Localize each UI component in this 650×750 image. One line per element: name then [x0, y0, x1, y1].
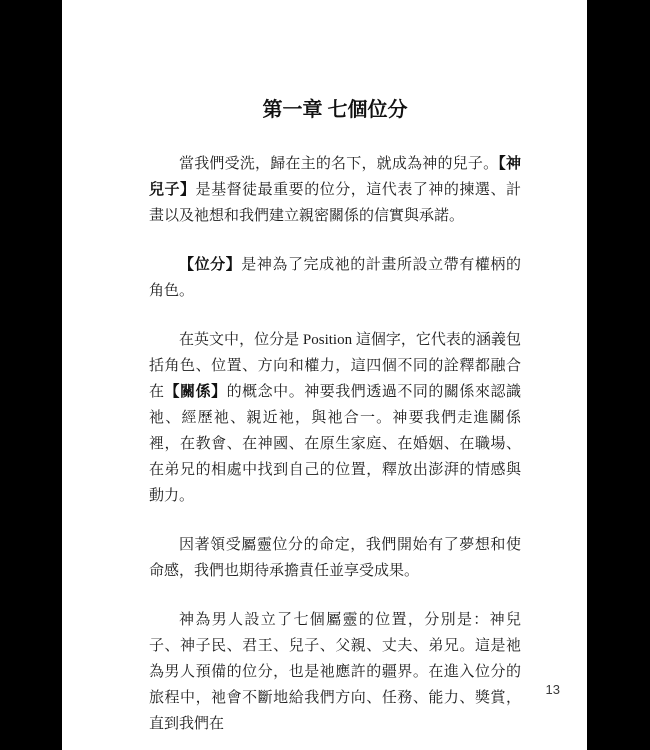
- page-number: 13: [546, 682, 560, 698]
- paragraph: 【位分】是神為了完成祂的計畫所設立帶有權柄的角色。: [149, 252, 521, 304]
- paragraph: 因著領受屬靈位分的命定，我們開始有了夢想和使命感，我們也期待承擔責任並享受成果。: [149, 532, 521, 584]
- paragraph: 當我們受洗，歸在主的名下，就成為神的兒子。【神兒子】是基督徒最重要的位分，這代表…: [149, 151, 521, 229]
- book-page: 第一章 七個位分 當我們受洗，歸在主的名下，就成為神的兒子。【神兒子】是基督徒最…: [62, 0, 587, 750]
- paragraph: 神為男人設立了七個屬靈的位置，分別是：神兒子、神子民、君王、兒子、父親、丈夫、弟…: [149, 607, 521, 737]
- page-content: 第一章 七個位分 當我們受洗，歸在主的名下，就成為神的兒子。【神兒子】是基督徒最…: [149, 97, 521, 737]
- paragraphs: 當我們受洗，歸在主的名下，就成為神的兒子。【神兒子】是基督徒最重要的位分，這代表…: [149, 151, 521, 737]
- page-background: 第一章 七個位分 當我們受洗，歸在主的名下，就成為神的兒子。【神兒子】是基督徒最…: [0, 0, 650, 750]
- chapter-title: 第一章 七個位分: [149, 97, 521, 123]
- paragraph: 在英文中，位分是 Position 這個字，它代表的涵義包括角色、位置、方向和權…: [149, 327, 521, 509]
